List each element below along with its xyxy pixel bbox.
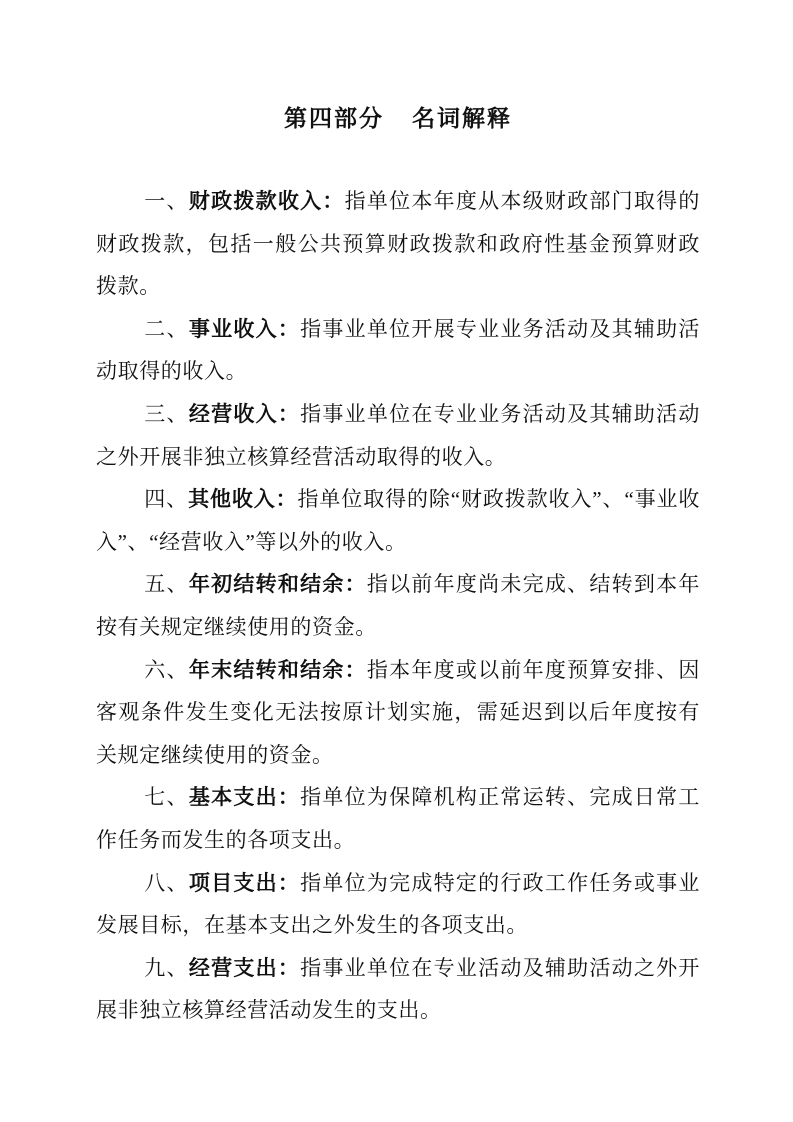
definition-paragraph-7: 七、基本支出：指单位为保障机构正常运转、完成日常工作任务而发生的各项支出。 (96, 776, 700, 861)
definition-paragraph-3: 三、经营收入：指事业单位在专业业务活动及其辅助活动之外开展非独立核算经营活动取得… (96, 393, 700, 478)
definition-paragraph-5: 五、年初结转和结余：指以前年度尚未完成、结转到本年按有关规定继续使用的资金。 (96, 563, 700, 648)
item-number: 四、 (144, 487, 188, 511)
term-label: 经营支出： (189, 956, 300, 980)
item-number: 五、 (144, 572, 189, 596)
term-label: 事业收入： (189, 317, 300, 341)
item-number: 二、 (144, 317, 189, 341)
term-label: 年初结转和结余： (189, 572, 367, 596)
title-name: 名词解释 (412, 105, 512, 131)
term-label: 年末结转和结余： (189, 658, 367, 682)
definition-paragraph-1: 一、财政拨款收入：指单位本年度从本级财政部门取得的财政拨款，包括一般公共预算财政… (96, 180, 700, 308)
term-label: 财政拨款收入： (189, 189, 345, 213)
term-label: 其他收入： (188, 487, 297, 511)
item-number: 九、 (144, 956, 189, 980)
term-label: 经营收入： (189, 402, 300, 426)
definition-paragraph-2: 二、事业收入：指事业单位开展专业业务活动及其辅助活动取得的收入。 (96, 308, 700, 393)
document-page: 第四部分名词解释 一、财政拨款收入：指单位本年度从本级财政部门取得的财政拨款，包… (0, 0, 793, 1122)
definition-paragraph-8: 八、项目支出：指单位为完成特定的行政工作任务或事业发展目标，在基本支出之外发生的… (96, 862, 700, 947)
definition-paragraph-9: 九、经营支出：指事业单位在专业活动及辅助活动之外开展非独立核算经营活动发生的支出… (96, 947, 700, 1032)
item-number: 六、 (144, 658, 189, 682)
item-number: 七、 (144, 785, 189, 809)
item-number: 一、 (144, 189, 189, 213)
definition-paragraph-4: 四、其他收入：指单位取得的除“财政拨款收入”、“事业收入”、“经营收入”等以外的… (96, 478, 700, 563)
term-label: 基本支出： (189, 785, 300, 809)
term-label: 项目支出： (189, 871, 300, 895)
document-title: 第四部分名词解释 (96, 103, 700, 133)
definition-paragraph-6: 六、年末结转和结余：指本年度或以前年度预算安排、因客观条件发生变化无法按原计划实… (96, 649, 700, 777)
document-body: 一、财政拨款收入：指单位本年度从本级财政部门取得的财政拨款，包括一般公共预算财政… (96, 180, 700, 1032)
item-number: 八、 (144, 871, 189, 895)
item-number: 三、 (144, 402, 189, 426)
title-part: 第四部分 (284, 105, 384, 131)
